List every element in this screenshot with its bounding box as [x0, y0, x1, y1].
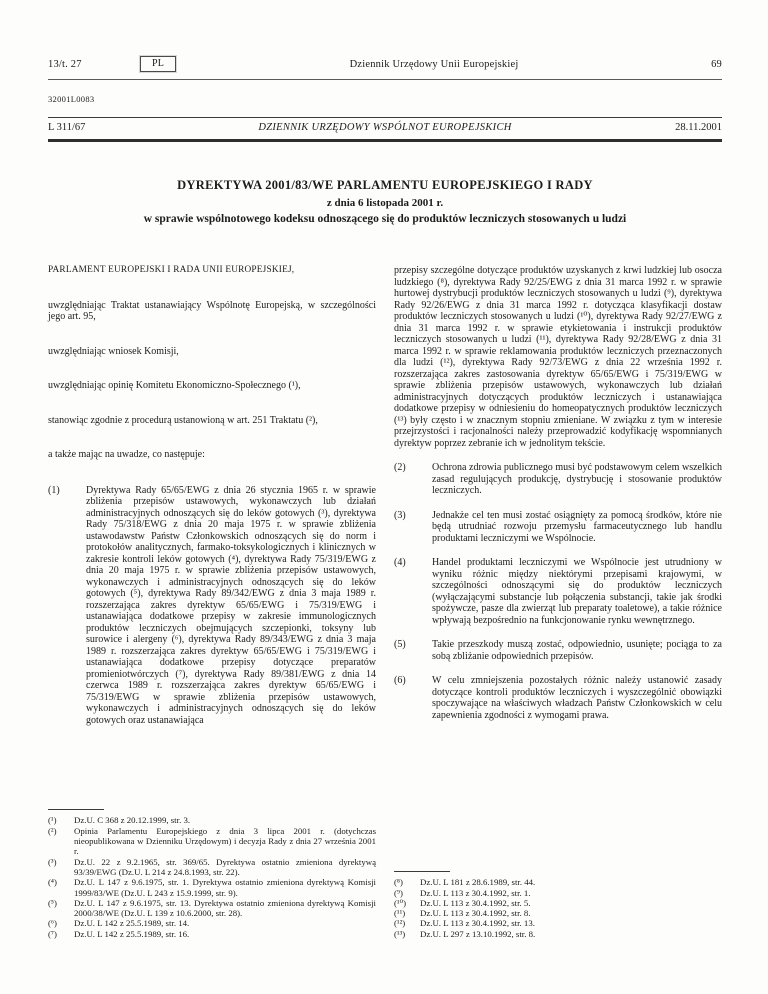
- oj-journal-title: DZIENNIK URZĘDOWY WSPÓLNOT EUROPEJSKICH: [118, 122, 652, 133]
- recital-4: (4) Handel produktami leczniczymi we Wsp…: [394, 557, 722, 626]
- celex-number: 32001L0083: [48, 94, 722, 104]
- right-column: przepisy szczególne dotyczące produktów …: [394, 265, 722, 953]
- recital-number: (3): [394, 510, 432, 545]
- footnote-marker: (⁷): [48, 929, 74, 939]
- footnote-11: (¹¹) Dz.U. L 113 z 30.4.1992, str. 8.: [394, 908, 722, 918]
- footnote-7: (⁷) Dz.U. L 142 z 25.5.1989, str. 16.: [48, 929, 376, 939]
- document-page: 13/t. 27 PL Dziennik Urzędowy Unii Europ…: [0, 0, 768, 994]
- recital-number: (1): [48, 485, 86, 727]
- citation-commission-proposal: uwzględniając wniosek Komisji,: [48, 346, 376, 358]
- footnote-text: Dz.U. L 113 z 30.4.1992, str. 13.: [420, 918, 722, 928]
- journal-title: Dziennik Urzędowy Unii Europejskiej: [176, 59, 692, 70]
- volume-label: 13/t. 27: [48, 59, 100, 70]
- recital-6: (6) W celu zmniejszenia pozostałych różn…: [394, 675, 722, 721]
- footnote-marker: (¹): [48, 815, 74, 825]
- page-header: 13/t. 27 PL Dziennik Urzędowy Unii Europ…: [48, 56, 722, 72]
- language-badge: PL: [140, 56, 176, 72]
- recital-number: (6): [394, 675, 432, 721]
- directive-date: z dnia 6 listopada 2001 r.: [48, 197, 722, 209]
- recital-5: (5) Takie przeszkody muszą zostać, odpow…: [394, 639, 722, 662]
- footnote-1: (¹) Dz.U. C 368 z 20.12.1999, str. 3.: [48, 815, 376, 825]
- footnote-13: (¹³) Dz.U. L 297 z 13.10.1992, str. 8.: [394, 929, 722, 939]
- footnote-3: (³) Dz.U. 22 z 9.2.1965, str. 369/65. Dy…: [48, 857, 376, 878]
- footnote-text: Dz.U. L 142 z 25.5.1989, str. 14.: [74, 918, 376, 928]
- footnote-text: Opinia Parlamentu Europejskiego z dnia 3…: [74, 826, 376, 857]
- enacting-institutions: PARLAMENT EUROPEJSKI I RADA UNII EUROPEJ…: [48, 265, 376, 277]
- page-number: 69: [692, 59, 722, 70]
- footnote-separator: [48, 809, 104, 810]
- footnote-marker: (⁴): [48, 877, 74, 898]
- citation-procedure: stanowiąc zgodnie z procedurą ustanowion…: [48, 415, 376, 427]
- citation-treaty: uwzględniając Traktat ustanawiający Wspó…: [48, 300, 376, 323]
- footnote-marker: (⁶): [48, 918, 74, 928]
- recital-text: Handel produktami leczniczymi we Wspólno…: [432, 557, 722, 626]
- recital-3: (3) Jednakże cel ten musi zostać osiągni…: [394, 510, 722, 545]
- footnote-marker: (⁹): [394, 888, 420, 898]
- footnote-marker: (¹³): [394, 929, 420, 939]
- footnote-text: Dz.U. L 147 z 9.6.1975, str. 1. Dyrektyw…: [74, 877, 376, 898]
- footnote-separator: [394, 871, 450, 872]
- right-footnotes: (⁸) Dz.U. L 181 z 28.6.1989, str. 44. (⁹…: [394, 871, 722, 953]
- left-footnotes: (¹) Dz.U. C 368 z 20.12.1999, str. 3. (²…: [48, 809, 376, 953]
- recital-text: Takie przeszkody muszą zostać, odpowiedn…: [432, 639, 722, 662]
- footnote-8: (⁸) Dz.U. L 181 z 28.6.1989, str. 44.: [394, 877, 722, 887]
- recital-text: W celu zmniejszenia pozostałych różnic n…: [432, 675, 722, 721]
- recital-text: Ochrona zdrowia publicznego musi być pod…: [432, 462, 722, 497]
- recital-number: (2): [394, 462, 432, 497]
- footnote-5: (⁵) Dz.U. L 147 z 9.6.1975, str. 13. Dyr…: [48, 898, 376, 919]
- recital-text: Jednakże cel ten musi zostać osiągnięty …: [432, 510, 722, 545]
- footnote-4: (⁴) Dz.U. L 147 z 9.6.1975, str. 1. Dyre…: [48, 877, 376, 898]
- recital-1: (1) Dyrektywa Rady 65/65/EWG z dnia 26 s…: [48, 485, 376, 727]
- recital-2: (2) Ochrona zdrowia publicznego musi być…: [394, 462, 722, 497]
- footnote-text: Dz.U. L 297 z 13.10.1992, str. 8.: [420, 929, 722, 939]
- directive-subject: w sprawie wspólnotowego kodeksu odnosząc…: [48, 213, 722, 225]
- recital-text: Dyrektywa Rady 65/65/EWG z dnia 26 stycz…: [86, 485, 376, 727]
- citation-committee-opinion: uwzględniając opinię Komitetu Ekonomiczn…: [48, 380, 376, 392]
- footnote-text: Dz.U. L 181 z 28.6.1989, str. 44.: [420, 877, 722, 887]
- footnote-2: (²) Opinia Parlamentu Europejskiego z dn…: [48, 826, 376, 857]
- oj-reference-band: L 311/67 DZIENNIK URZĘDOWY WSPÓLNOT EURO…: [48, 117, 722, 142]
- footnote-marker: (⁸): [394, 877, 420, 887]
- footnote-text: Dz.U. C 368 z 20.12.1999, str. 3.: [74, 815, 376, 825]
- recital-number: (4): [394, 557, 432, 626]
- footnote-text: Dz.U. L 113 z 30.4.1992, str. 8.: [420, 908, 722, 918]
- footnote-text: Dz.U. L 113 z 30.4.1992, str. 1.: [420, 888, 722, 898]
- header-rule: [48, 79, 722, 80]
- oj-date: 28.11.2001: [652, 122, 722, 133]
- footnote-marker: (³): [48, 857, 74, 878]
- footnote-marker: (⁵): [48, 898, 74, 919]
- document-title: DYREKTYWA 2001/83/WE PARLAMENTU EUROPEJS…: [48, 178, 722, 225]
- footnote-text: Dz.U. 22 z 9.2.1965, str. 369/65. Dyrekt…: [74, 857, 376, 878]
- footnote-marker: (¹⁰): [394, 898, 420, 908]
- footnote-marker: (²): [48, 826, 74, 857]
- directive-title: DYREKTYWA 2001/83/WE PARLAMENTU EUROPEJS…: [48, 178, 722, 193]
- recital-number: (5): [394, 639, 432, 662]
- left-column: PARLAMENT EUROPEJSKI I RADA UNII EUROPEJ…: [48, 265, 376, 953]
- recital-1-continuation: przepisy szczególne dotyczące produktów …: [394, 265, 722, 449]
- footnote-9: (⁹) Dz.U. L 113 z 30.4.1992, str. 1.: [394, 888, 722, 898]
- footnote-text: Dz.U. L 113 z 30.4.1992, str. 5.: [420, 898, 722, 908]
- footnote-12: (¹²) Dz.U. L 113 z 30.4.1992, str. 13.: [394, 918, 722, 928]
- footnote-6: (⁶) Dz.U. L 142 z 25.5.1989, str. 14.: [48, 918, 376, 928]
- footnote-text: Dz.U. L 147 z 9.6.1975, str. 13. Dyrekty…: [74, 898, 376, 919]
- footnote-text: Dz.U. L 142 z 25.5.1989, str. 16.: [74, 929, 376, 939]
- footnote-marker: (¹²): [394, 918, 420, 928]
- body-columns: PARLAMENT EUROPEJSKI I RADA UNII EUROPEJ…: [48, 265, 722, 953]
- footnote-marker: (¹¹): [394, 908, 420, 918]
- preamble-lead: a także mając na uwadze, co następuje:: [48, 449, 376, 461]
- oj-issue: L 311/67: [48, 122, 118, 133]
- footnote-10: (¹⁰) Dz.U. L 113 z 30.4.1992, str. 5.: [394, 898, 722, 908]
